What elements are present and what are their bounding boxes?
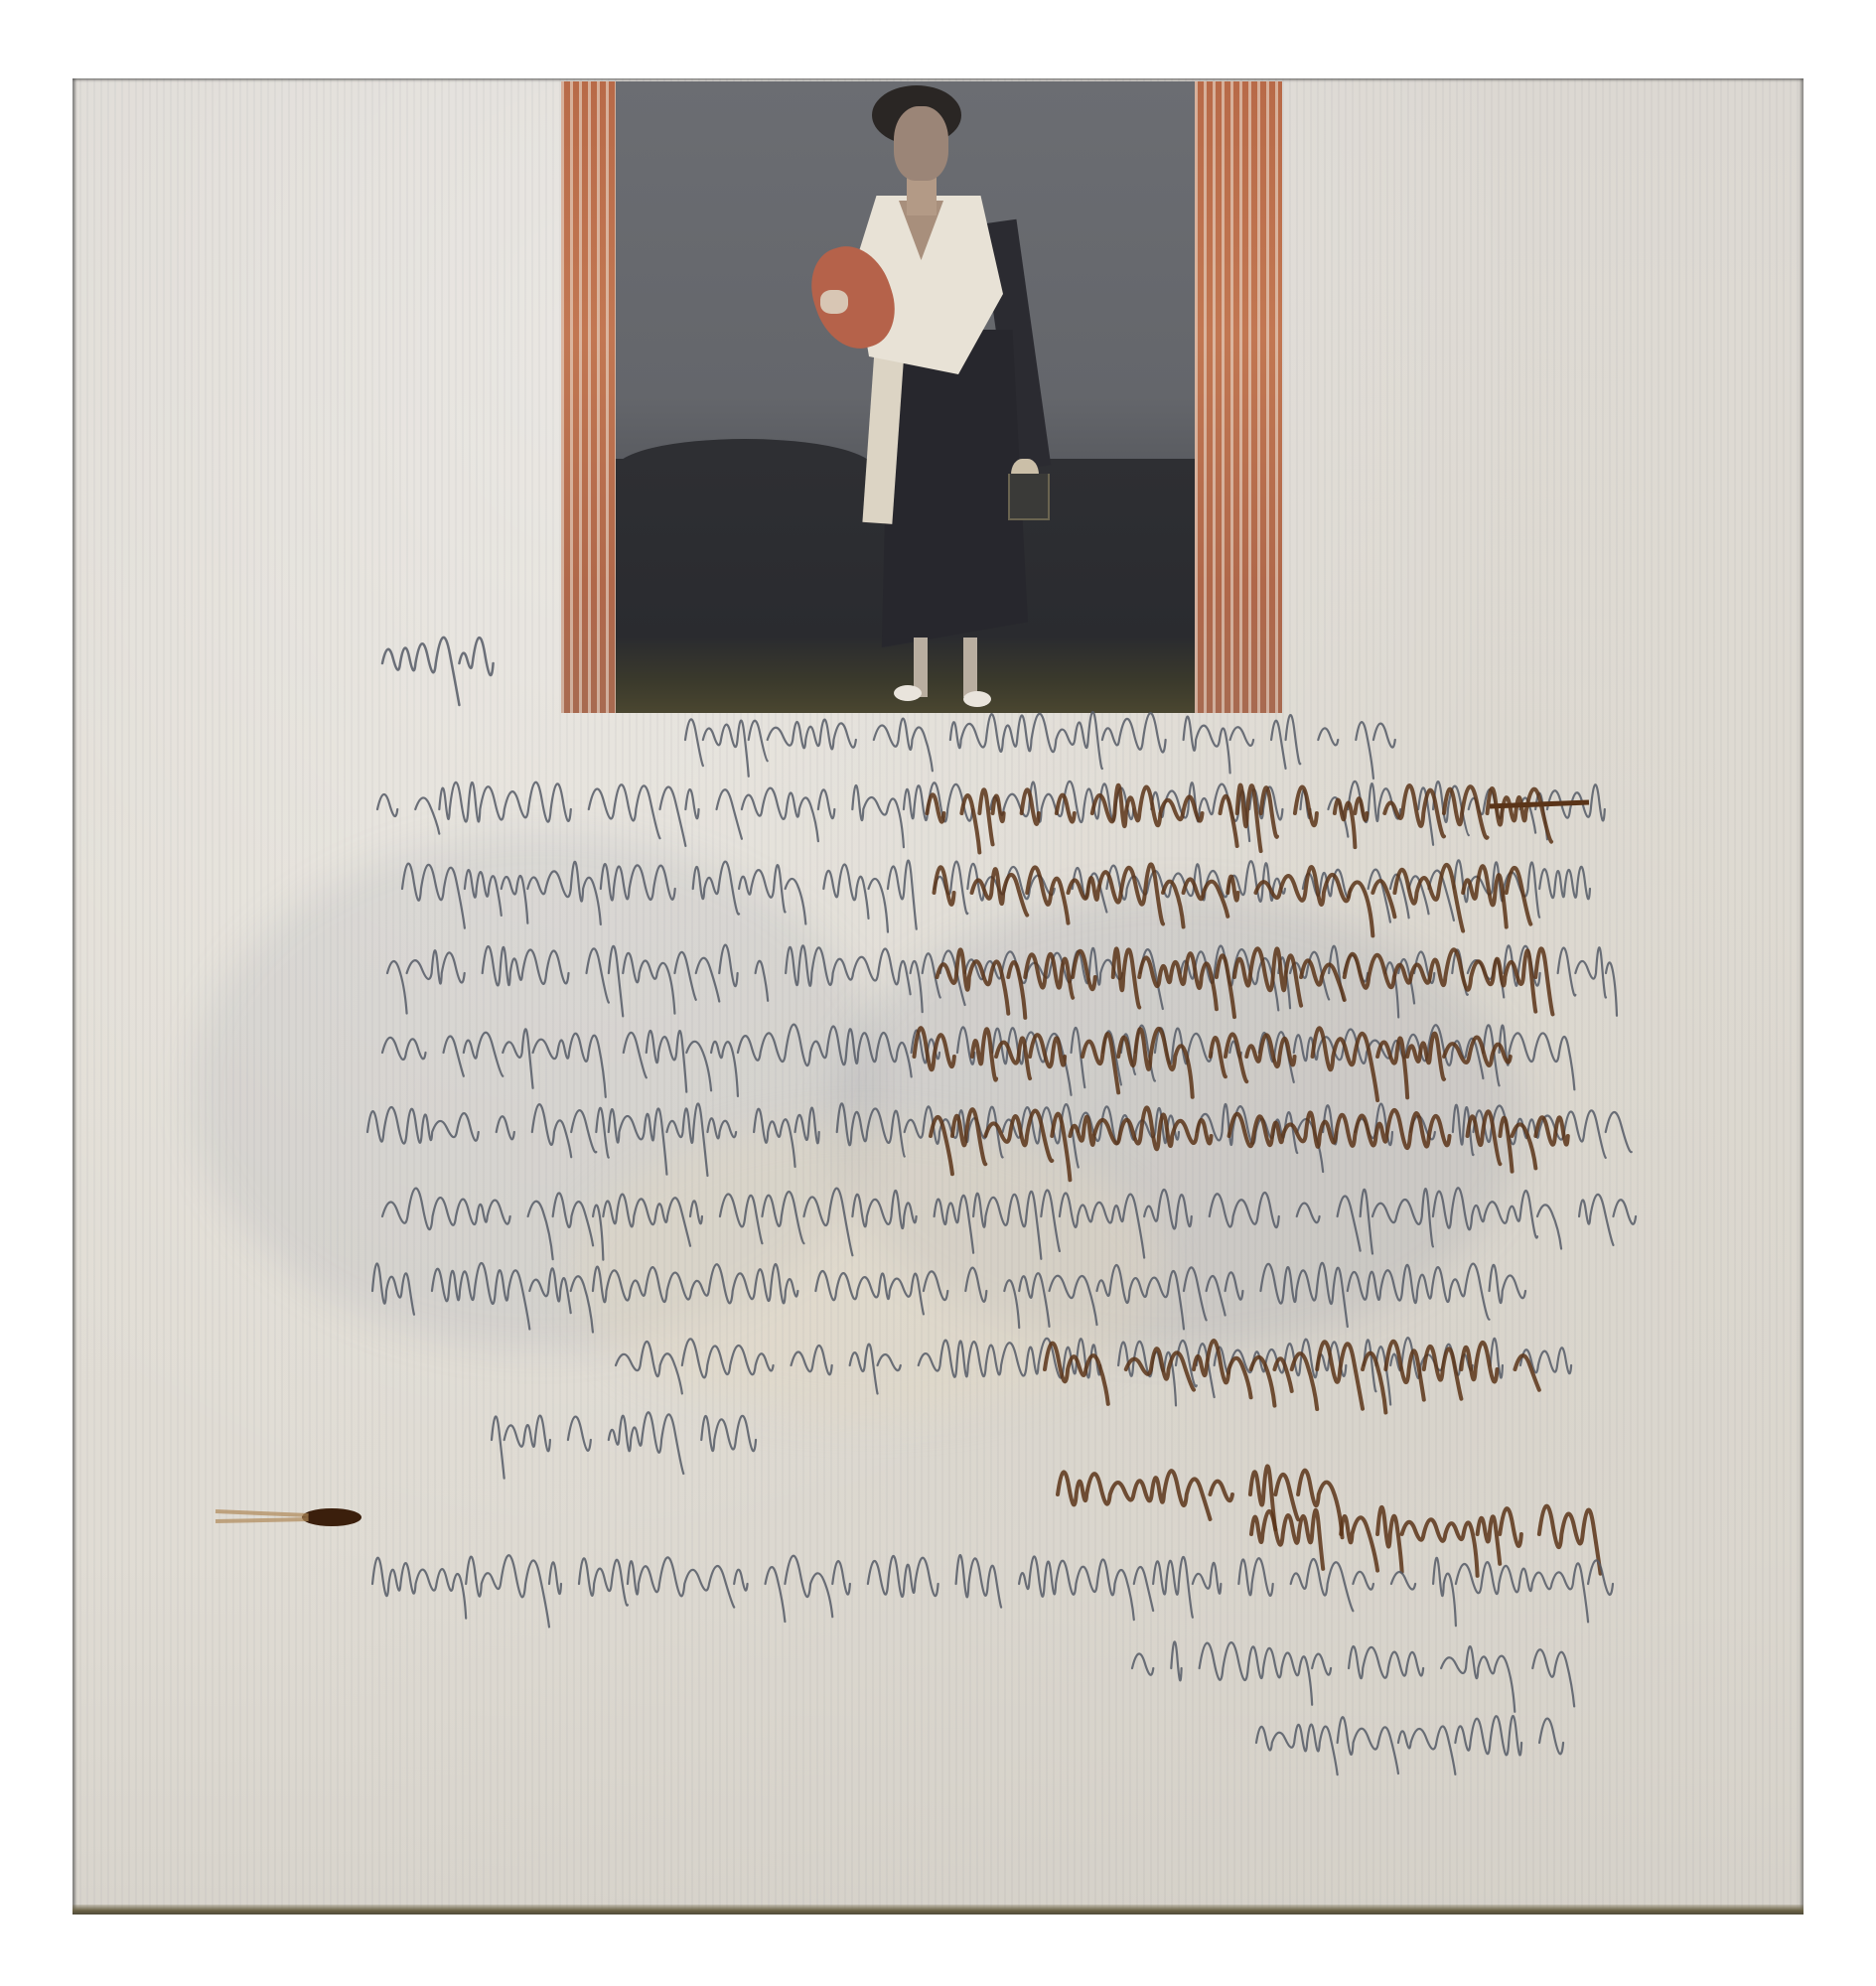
frame-band-right: [1195, 81, 1282, 713]
figure-neck: [907, 176, 937, 215]
frame-band-left: [561, 81, 616, 713]
small-pail: [1008, 474, 1050, 520]
figure-foot: [963, 691, 991, 707]
canvas-bottom-edge: [72, 1905, 1804, 1915]
portrait-painting: [616, 81, 1195, 713]
artwork-description: Painting of a standing woman holding a j…: [0, 0, 1, 1]
figure-leg: [963, 638, 977, 697]
figure-foot: [894, 685, 922, 701]
annotation-top-left: u1f-f: [0, 0, 1, 1]
cream-wash: [569, 1121, 1165, 1419]
figure-left-hand: [820, 290, 848, 314]
figure-face: [894, 106, 948, 181]
